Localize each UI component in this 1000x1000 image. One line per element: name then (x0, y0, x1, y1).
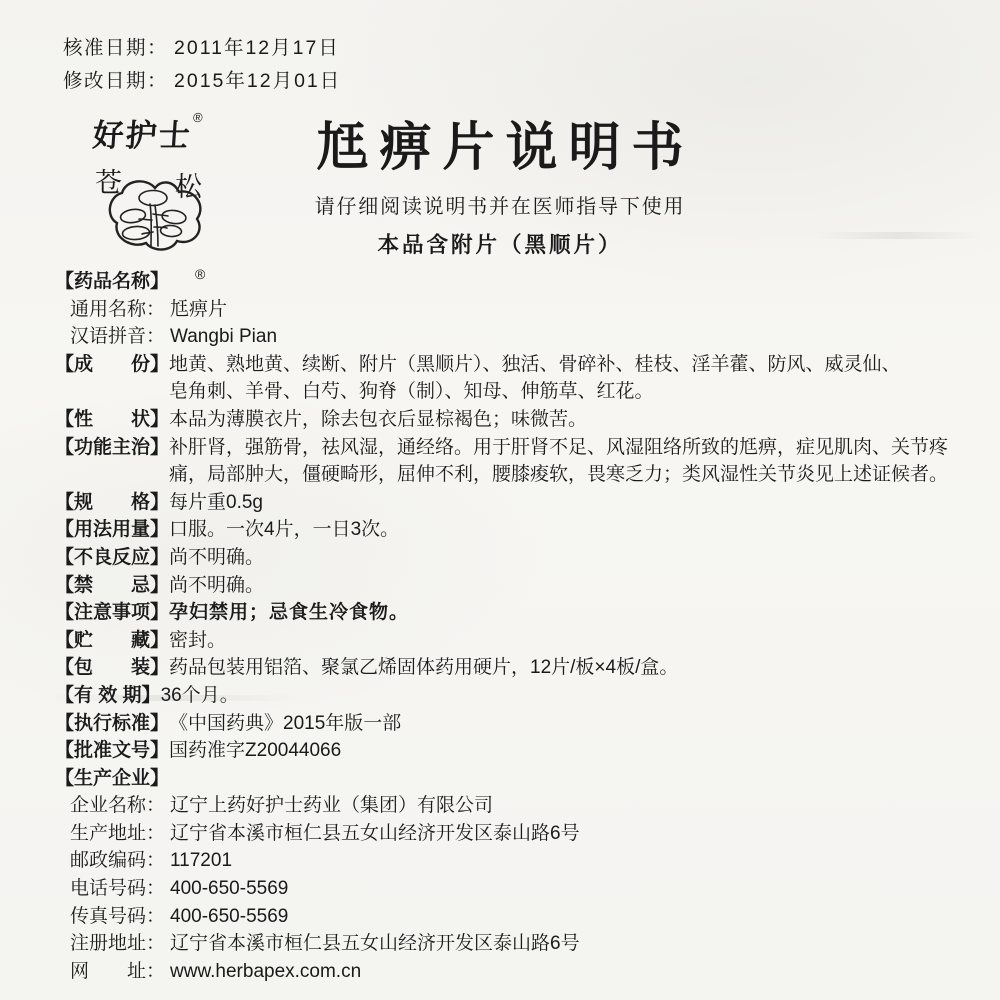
section-standard: 【执行标准】《中国药典》2015年版一部 (55, 710, 950, 738)
field-key: 电话号码： (70, 875, 165, 903)
contains-fupian-notice: 本品含附片（黑顺片） (0, 228, 1000, 259)
section-label: 【成 份】 (55, 351, 169, 379)
section-precautions: 【注意事项】孕妇禁用；忌食生冷食物。 (55, 599, 950, 627)
section-label: 【不良反应】 (55, 544, 169, 572)
field-key: 生产地址： (70, 820, 165, 848)
section-storage: 【贮 藏】密封。 (55, 627, 950, 655)
field-key: 通用名称： (70, 296, 165, 324)
section-label: 【贮 藏】 (55, 627, 169, 655)
section-label: 【生产企业】 (55, 765, 169, 793)
field-production-address: 生产地址：辽宁省本溪市桓仁县五女山经济开发区泰山路6号 (55, 820, 950, 848)
field-value: 辽宁省本溪市桓仁县五女山经济开发区泰山路6号 (165, 930, 950, 958)
section-text: 36个月。 (161, 682, 950, 710)
section-label: 【批准文号】 (55, 737, 169, 765)
section-approval-number: 【批准文号】国药准字Z20044066 (55, 737, 950, 765)
section-label: 【包 装】 (55, 654, 169, 682)
field-fax: 传真号码：400-650-5569 (55, 903, 950, 931)
section-contraindications: 【禁 忌】尚不明确。 (55, 572, 950, 600)
section-label: 【注意事项】 (55, 599, 169, 627)
revision-date-label: 修改日期： (63, 65, 168, 98)
read-instructions-note: 请仔细阅读说明书并在医师指导下使用 (0, 190, 1000, 219)
section-packaging: 【包 装】药品包装用铝箔、聚氯乙烯固体药用硬片，12片/板×4板/盒。 (55, 654, 950, 682)
leaflet-page: 核准日期：2011年12月17日 修改日期：2015年12月01日 好护士® 苍… (0, 0, 1000, 1000)
section-label: 【药品名称】 (55, 268, 169, 296)
section-text: 地黄、熟地黄、续断、附片（黑顺片）、独活、骨碎补、桂枝、淫羊藿、防风、威灵仙、 … (169, 351, 950, 406)
field-value: 辽宁省本溪市桓仁县五女山经济开发区泰山路6号 (165, 820, 950, 848)
field-registered-address: 注册地址：辽宁省本溪市桓仁县五女山经济开发区泰山路6号 (55, 930, 950, 958)
field-value: 辽宁上药好护士药业（集团）有限公司 (165, 792, 950, 820)
field-website: 网 址：www.herbapex.com.cn (55, 958, 950, 986)
field-value: 400-650-5569 (165, 903, 950, 931)
field-pinyin: 汉语拼音：Wangbi Pian (55, 323, 950, 351)
approval-date-label: 核准日期： (63, 32, 168, 65)
section-label: 【有 效 期】 (55, 682, 161, 710)
section-label: 【执行标准】 (55, 710, 169, 738)
section-text: 补肝肾，强筋骨，祛风湿，通经络。用于肝肾不足、风湿阻络所致的尪痹，症见肌肉、关节… (169, 434, 950, 489)
field-key: 注册地址： (70, 930, 165, 958)
field-value: Wangbi Pian (165, 323, 950, 351)
section-label: 【规 格】 (55, 489, 169, 517)
field-postal-code: 邮政编码：117201 (55, 847, 950, 875)
field-key: 企业名称： (70, 792, 165, 820)
section-text: 《中国药典》2015年版一部 (169, 710, 950, 738)
section-adverse-reactions: 【不良反应】尚不明确。 (55, 544, 950, 572)
page-title: 尪痹片说明书 (0, 118, 1000, 178)
section-text: 本品为薄膜衣片，除去包衣后显棕褐色；味微苦。 (169, 406, 950, 434)
section-text: 孕妇禁用；忌食生冷食物。 (169, 599, 950, 627)
field-key: 邮政编码： (70, 847, 165, 875)
section-text: 尚不明确。 (169, 544, 950, 572)
section-text: 口服。一次4片，一日3次。 (169, 516, 950, 544)
field-value: www.herbapex.com.cn (165, 958, 950, 986)
section-drug-name-header: 【药品名称】 (55, 268, 950, 296)
field-phone: 电话号码：400-650-5569 (55, 875, 950, 903)
approval-date-row: 核准日期：2011年12月17日 (63, 32, 341, 65)
revision-date-value: 2015年12月01日 (174, 65, 341, 98)
section-label: 【功能主治】 (55, 434, 169, 462)
section-text: 密封。 (169, 627, 950, 655)
approval-date-value: 2011年12月17日 (174, 32, 340, 65)
leaflet-body: 【药品名称】 通用名称：尪痹片 汉语拼音：Wangbi Pian 【成 份】地黄… (55, 268, 950, 985)
section-dosage: 【用法用量】口服。一次4片，一日3次。 (55, 516, 950, 544)
field-key: 汉语拼音： (70, 323, 165, 351)
field-company-name: 企业名称：辽宁上药好护士药业（集团）有限公司 (55, 792, 950, 820)
section-label: 【禁 忌】 (55, 572, 169, 600)
section-strength: 【规 格】每片重0.5g (55, 489, 950, 517)
header-block: 尪痹片说明书 请仔细阅读说明书并在医师指导下使用 本品含附片（黑顺片） (0, 118, 1000, 259)
field-value: 尪痹片 (165, 296, 950, 324)
field-value: 117201 (165, 847, 950, 875)
section-text: 尚不明确。 (169, 572, 950, 600)
section-label: 【用法用量】 (55, 516, 169, 544)
revision-date-row: 修改日期：2015年12月01日 (63, 65, 341, 98)
section-ingredients: 【成 份】地黄、熟地黄、续断、附片（黑顺片）、独活、骨碎补、桂枝、淫羊藿、防风、… (55, 351, 950, 406)
field-value: 400-650-5569 (165, 875, 950, 903)
section-label: 【性 状】 (55, 406, 169, 434)
field-key: 传真号码： (70, 903, 165, 931)
field-key: 网 址： (70, 958, 165, 986)
section-manufacturer-header: 【生产企业】 (55, 765, 950, 793)
section-text: 药品包装用铝箔、聚氯乙烯固体药用硬片，12片/板×4板/盒。 (169, 654, 950, 682)
dates-block: 核准日期：2011年12月17日 修改日期：2015年12月01日 (63, 32, 341, 98)
section-text: 每片重0.5g (169, 489, 950, 517)
section-text: 国药准字Z20044066 (169, 737, 950, 765)
section-shelf-life: 【有 效 期】36个月。 (55, 682, 950, 710)
section-description: 【性 状】本品为薄膜衣片，除去包衣后显棕褐色；味微苦。 (55, 406, 950, 434)
field-generic-name: 通用名称：尪痹片 (55, 296, 950, 324)
section-indications: 【功能主治】补肝肾，强筋骨，祛风湿，通经络。用于肝肾不足、风湿阻络所致的尪痹，症… (55, 434, 950, 489)
